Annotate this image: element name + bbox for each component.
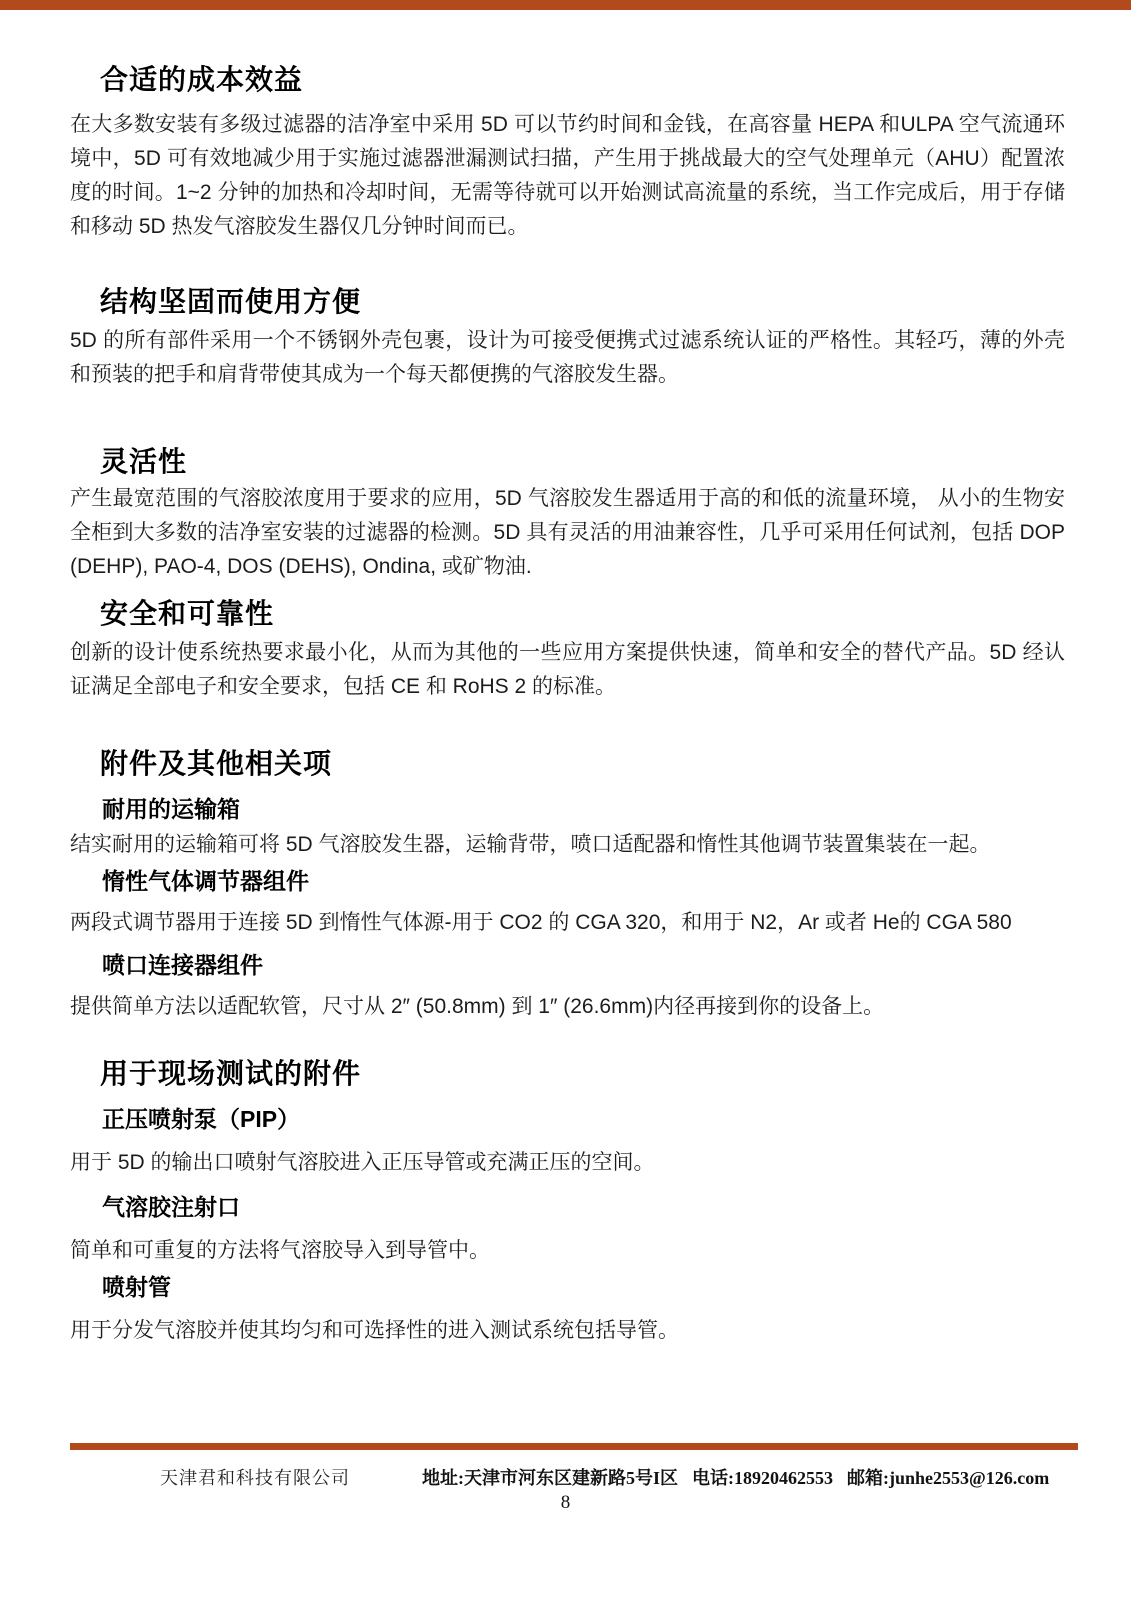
section-heading-flexibility: 灵活性 (70, 444, 1065, 480)
footer-contact-info: 地址:天津市河东区建新路5号I区电话:18920462553邮箱:junhe25… (422, 1464, 1049, 1490)
paragraph-aerosol-injection-port: 简单和可重复的方法将气溶胶导入到导管中。 (70, 1234, 1065, 1268)
page-footer: 天津君和科技有限公司 地址:天津市河东区建新路5号I区电话:1892046255… (0, 1443, 1131, 1514)
section-heading-rugged-convenient: 结构坚固而使用方便 (70, 284, 1065, 320)
paragraph-pip-pump: 用于 5D 的输出口喷射气溶胶进入正压导管或充满正压的空间。 (70, 1146, 1065, 1180)
paragraph-inert-gas-regulator: 两段式调节器用于连接 5D 到惰性气体源-用于 CO2 的 CGA 320，和用… (70, 906, 1065, 940)
paragraph-injection-tube: 用于分发气溶胶并使其均匀和可选择性的进入测试系统包括导管。 (70, 1314, 1065, 1348)
sub-heading-injection-tube: 喷射管 (70, 1272, 1065, 1302)
document-content: 合适的成本效益 在大多数安装有多级过滤器的洁净室中采用 5D 可以节约时间和金钱… (0, 62, 1131, 1348)
footer-divider (70, 1443, 1078, 1450)
sub-heading-inert-gas-regulator: 惰性气体调节器组件 (70, 866, 1065, 896)
paragraph-rugged-convenient: 5D 的所有部件采用一个不锈钢外壳包裹，设计为可接受便携式过滤系统认证的严格性。… (70, 324, 1065, 392)
sub-heading-nozzle-connector: 喷口连接器组件 (70, 950, 1065, 980)
sub-heading-aerosol-injection-port: 气溶胶注射口 (70, 1192, 1065, 1222)
page-number: 8 (0, 1492, 1131, 1514)
section-heading-cost-benefit: 合适的成本效益 (70, 62, 1065, 98)
footer-address-label: 地址: (422, 1468, 464, 1488)
sub-heading-pip-pump: 正压喷射泵（PIP） (70, 1104, 1065, 1134)
footer-address: 天津市河东区建新路5号I区 (464, 1468, 678, 1488)
section-heading-safety-reliability: 安全和可靠性 (70, 596, 1065, 632)
paragraph-nozzle-connector: 提供简单方法以适配软管，尺寸从 2″ (50.8mm) 到 1″ (26.6mm… (70, 990, 1065, 1024)
paragraph-carrying-case: 结实耐用的运输箱可将 5D 气溶胶发生器，运输背带，喷口适配器和惰性其他调节装置… (70, 828, 1065, 862)
footer-email: junhe2553@126.com (889, 1468, 1049, 1488)
paragraph-flexibility: 产生最宽范围的气溶胶浓度用于要求的应用，5D 气溶胶发生器适用于高的和低的流量环… (70, 482, 1065, 584)
paragraph-safety-reliability: 创新的设计使系统热要求最小化，从而为其他的一些应用方案提供快速，简单和安全的替代… (70, 636, 1065, 704)
section-heading-accessories: 附件及其他相关项 (70, 746, 1065, 782)
footer-phone: 18920462553 (734, 1468, 833, 1488)
footer-info-line: 天津君和科技有限公司 地址:天津市河东区建新路5号I区电话:1892046255… (0, 1464, 1131, 1490)
sub-heading-carrying-case: 耐用的运输箱 (70, 794, 1065, 824)
footer-phone-label: 电话: (692, 1468, 734, 1488)
paragraph-cost-benefit: 在大多数安装有多级过滤器的洁净室中采用 5D 可以节约时间和金钱，在高容量 HE… (70, 108, 1065, 244)
footer-company-name: 天津君和科技有限公司 (160, 1464, 350, 1490)
top-accent-bar (0, 0, 1131, 10)
document-page: 合适的成本效益 在大多数安装有多级过滤器的洁净室中采用 5D 可以节约时间和金钱… (0, 0, 1131, 1600)
footer-email-label: 邮箱: (847, 1468, 889, 1488)
section-heading-field-test-accessories: 用于现场测试的附件 (70, 1056, 1065, 1092)
